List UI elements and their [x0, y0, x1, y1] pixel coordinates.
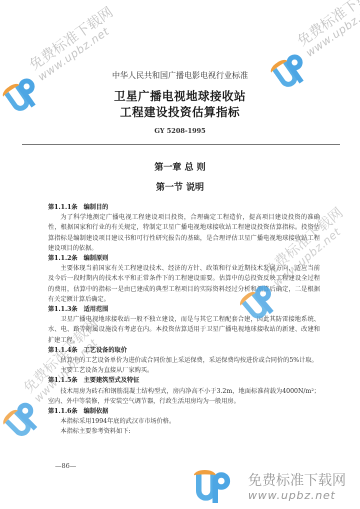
- clause-1-1-5: 第1.1.5条主要建筑型式及特征 技术用房为砖石和钢筋混凝土结构型式，房内净高不…: [48, 376, 320, 407]
- header-divider: [22, 144, 340, 145]
- paragraph: 本指标采用1994年底的武汉市市场价格。: [48, 417, 320, 427]
- standard-header: 中华人民共和国广播电影电视行业标准: [0, 70, 360, 81]
- page-number: —86—: [55, 462, 76, 470]
- paragraph: 主要体现当前国家有关工程建设技术、经济的方针、政策和行业近期技术发展方向，适应当…: [48, 264, 320, 305]
- clause-heading: 第1.1.2条编制原则: [48, 254, 320, 264]
- clause-1-1-4: 第1.1.4条工艺设备的取价 估算中的工艺设备单价为进价或合同价加上采运保费，采…: [48, 346, 320, 377]
- upbz-logo-icon: [2, 396, 50, 444]
- chapter-heading: 第一章 总 则: [0, 160, 360, 173]
- document-body: 第1.1.1条编制目的 为了科学地测定广播电视工程建设项目投资，合理确定工程造价…: [48, 203, 320, 438]
- clause-1-1-1: 第1.1.1条编制目的 为了科学地测定广播电视工程建设项目投资，合理确定工程造价…: [48, 203, 320, 254]
- clause-1-1-6: 第1.1.6条编制依据 本指标采用1994年底的武汉市市场价格。 本指标主要参考…: [48, 407, 320, 438]
- document-page: 中华人民共和国广播电影电视行业标准 卫星广播电视地球接收站 工程建设投资估算指标…: [0, 0, 360, 509]
- paragraph: 估算中的工艺设备单价为进价或合同价加上采运保费，采运保费均按进价或合同价的5%计…: [48, 356, 320, 366]
- title-line-1: 卫星广播电视地球接收站: [0, 88, 360, 104]
- clause-1-1-3: 第1.1.3条适用范围 卫星广播电视地球接收站一般不独立建设，而是与其它工程配套…: [48, 305, 320, 346]
- section-heading: 第一节 说明: [0, 180, 360, 193]
- paragraph: 为了科学地测定广播电视工程建设项目投资，合理确定工程造价，提高项目建设投资的准确…: [48, 213, 320, 254]
- upbz-logo-icon: [196, 470, 233, 507]
- clause-heading: 第1.1.3条适用范围: [48, 305, 320, 315]
- standard-code: GY 5208-1995: [0, 127, 360, 135]
- title-line-2: 工程建设投资估算指标: [0, 104, 360, 120]
- paragraph: 主要工艺设备为直接从厂家购买。: [48, 366, 320, 376]
- watermark-url: www.upbz.net: [248, 489, 336, 502]
- watermark-brand: 免费标准下载网: [248, 470, 346, 490]
- clause-heading: 第1.1.5条主要建筑型式及特征: [48, 376, 320, 386]
- paragraph: 卫星广播电视地球接收站一般不独立建设，而是与其它工程配套合建，因此其防雷接地系统…: [48, 315, 320, 346]
- paragraph: 本指标主要参考资料如下:: [48, 427, 320, 437]
- clause-heading: 第1.1.1条编制目的: [48, 203, 320, 213]
- clause-heading: 第1.1.4条工艺设备的取价: [48, 346, 320, 356]
- watermark-footer: 免费标准下载网 www.upbz.net: [192, 468, 360, 508]
- clause-1-1-2: 第1.1.2条编制原则 主要体现当前国家有关工程建设技术、经济的方针、政策和行业…: [48, 254, 320, 305]
- clause-heading: 第1.1.6条编制依据: [48, 407, 320, 417]
- paragraph: 技术用房为砖石和钢筋混凝土结构型式，房内净高不小于3.2m，地面标准荷载为400…: [48, 387, 320, 407]
